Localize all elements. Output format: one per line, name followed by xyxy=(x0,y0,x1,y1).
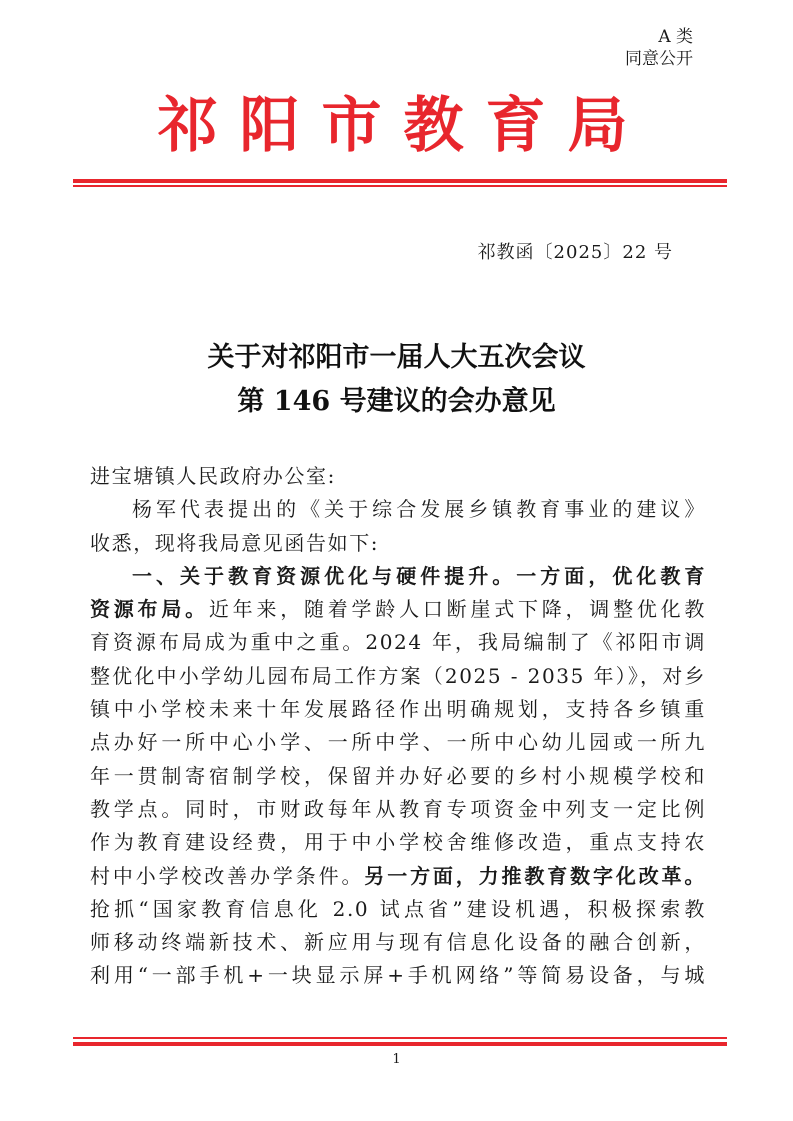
text-segment: 整优化中小学幼儿园布局工作方案（2025 - 2035 年）》，对乡 xyxy=(90,664,706,688)
category-label: A 类 xyxy=(625,26,693,48)
body-line: 杨军代表提出的《关于综合发展乡镇教育事业的建议》 xyxy=(90,493,706,526)
text-segment: 育资源布局成为重中之重。2024 年，我局编制了《祁阳市调 xyxy=(90,630,706,654)
recipient-line: 进宝塘镇人民政府办公室: xyxy=(90,460,706,493)
bold-text-segment: 一、关于教育资源优化与硬件提升。一方面，优化教育 xyxy=(132,564,706,588)
body-line: 收悉，现将我局意见函告如下: xyxy=(90,527,706,560)
text-segment: 年一贯制寄宿制学校，保留并办好必要的乡村小规模学校和 xyxy=(90,764,706,788)
text-segment: 利用“一部手机+一块显示屏+手机网络”等简易设备，与城 xyxy=(90,963,706,987)
text-segment: 村中小学校改善办学条件。 xyxy=(90,864,364,888)
body-line: 抢抓“国家教育信息化 2.0 试点省”建设机遇，积极探索教 xyxy=(90,893,706,926)
body-line: 作为教育建设经费，用于中小学校舍维修改造，重点支持农 xyxy=(90,826,706,859)
body-line: 整优化中小学幼儿园布局工作方案（2025 - 2035 年）》，对乡 xyxy=(90,660,706,693)
title-line-1: 关于对祁阳市一届人大五次会议 xyxy=(0,336,793,380)
body-line: 镇中小学校未来十年发展路径作出明确规划，支持各乡镇重 xyxy=(90,693,706,726)
document-title: 关于对祁阳市一届人大五次会议 第 146 号建议的会办意见 xyxy=(0,336,793,424)
text-segment: 教学点。同时，市财政每年从教育专项资金中列支一定比例 xyxy=(90,797,706,821)
body-paragraphs: 杨军代表提出的《关于综合发展乡镇教育事业的建议》收悉，现将我局意见函告如下:一、… xyxy=(90,493,706,992)
footer-thick-rule xyxy=(73,1042,727,1046)
disclosure-label: 同意公开 xyxy=(625,48,693,70)
text-segment: 近年来，随着学龄人口断崖式下降，调整优化教 xyxy=(209,597,706,621)
text-segment: 点办好一所中心小学、一所中学、一所中心幼儿园或一所九 xyxy=(90,730,706,754)
text-segment: 杨军代表提出的《关于综合发展乡镇教育事业的建议》 xyxy=(132,497,706,521)
classification-block: A 类 同意公开 xyxy=(625,26,693,70)
footer-thin-rule xyxy=(73,1037,727,1039)
body-line: 育资源布局成为重中之重。2024 年，我局编制了《祁阳市调 xyxy=(90,626,706,659)
bold-text-segment: 资源布局。 xyxy=(90,597,209,621)
body-line: 村中小学校改善办学条件。另一方面，力推教育数字化改革。 xyxy=(90,860,706,893)
body-line: 年一贯制寄宿制学校，保留并办好必要的乡村小规模学校和 xyxy=(90,760,706,793)
title-line-2: 第 146 号建议的会办意见 xyxy=(0,380,793,424)
text-segment: 作为教育建设经费，用于中小学校舍维修改造，重点支持农 xyxy=(90,830,706,854)
letterhead-agency-name: 祁阳市教育局 xyxy=(0,84,793,168)
body-line: 资源布局。近年来，随着学龄人口断崖式下降，调整优化教 xyxy=(90,593,706,626)
body-line: 师移动终端新技术、新应用与现有信息化设备的融合创新， xyxy=(90,926,706,959)
letterhead-thin-rule xyxy=(73,185,727,187)
body-line: 一、关于教育资源优化与硬件提升。一方面，优化教育 xyxy=(90,560,706,593)
body-line: 点办好一所中心小学、一所中学、一所中心幼儿园或一所九 xyxy=(90,726,706,759)
document-body: 进宝塘镇人民政府办公室: 杨军代表提出的《关于综合发展乡镇教育事业的建议》收悉，… xyxy=(90,460,706,993)
text-segment: 抢抓“国家教育信息化 2.0 试点省”建设机遇，积极探索教 xyxy=(90,897,706,921)
bold-text-segment: 另一方面，力推教育数字化改革。 xyxy=(364,864,706,888)
document-number: 祁教函〔2025〕22 号 xyxy=(478,238,673,264)
text-segment: 收悉，现将我局意见函告如下: xyxy=(90,531,379,555)
body-line: 教学点。同时，市财政每年从教育专项资金中列支一定比例 xyxy=(90,793,706,826)
text-segment: 镇中小学校未来十年发展路径作出明确规划，支持各乡镇重 xyxy=(90,697,706,721)
body-line: 利用“一部手机+一块显示屏+手机网络”等简易设备，与城 xyxy=(90,959,706,992)
page-number: 1 xyxy=(0,1052,793,1067)
letterhead-thick-rule xyxy=(73,179,727,183)
text-segment: 师移动终端新技术、新应用与现有信息化设备的融合创新， xyxy=(90,930,706,954)
